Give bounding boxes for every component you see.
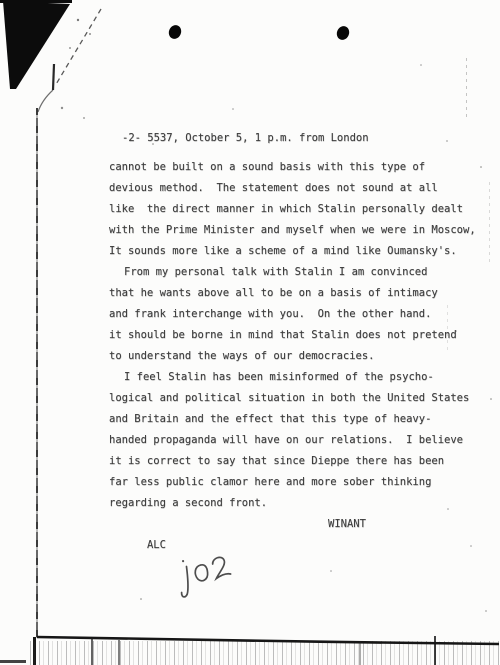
scanned-document-page: -2- 5537, October 5, 1 p.m. from London …	[0, 0, 500, 665]
scan-speckle	[446, 140, 448, 142]
document-body: cannot be built on a sound basis with th…	[109, 157, 476, 535]
page-header-line: -2- 5537, October 5, 1 p.m. from London	[122, 128, 369, 149]
body-line: It sounds more like a scheme of a mind l…	[109, 241, 476, 262]
body-line: handed propaganda will have on our relat…	[109, 430, 476, 451]
body-line: like the direct manner in which Stalin p…	[109, 199, 476, 220]
scan-speckle	[330, 570, 332, 572]
scan-streak	[489, 182, 490, 262]
body-line: to understand the ways of our democracie…	[109, 346, 476, 367]
handwritten-note	[174, 548, 246, 600]
binder-hole-mark	[167, 23, 184, 41]
scan-speckle	[152, 143, 154, 145]
body-line: far less public clamor here and more sob…	[109, 472, 476, 493]
scan-streak	[466, 58, 467, 120]
body-line: and frank interchange with you. On the o…	[109, 304, 476, 325]
scan-speckle	[455, 330, 457, 332]
body-line: with the Prime Minister and myself when …	[109, 220, 476, 241]
body-line: cannot be built on a sound basis with th…	[109, 157, 476, 178]
sender-initials: ALC	[147, 539, 166, 551]
scan-speckle	[470, 545, 472, 547]
body-line: it is correct to say that since Dieppe t…	[109, 451, 476, 472]
body-line: I feel Stalin has been misinformed of th…	[109, 367, 476, 388]
body-line: regarding a second front.	[109, 493, 476, 514]
binder-hole-mark	[335, 24, 352, 42]
body-line: logical and political situation in both …	[109, 388, 476, 409]
scan-speckle	[485, 610, 487, 612]
scan-speckle	[480, 166, 482, 168]
bottom-left-edge-mark	[0, 660, 26, 663]
page-fold-line	[36, 108, 38, 638]
scan-speckle	[232, 108, 234, 110]
page-bottom-edge	[0, 632, 500, 665]
scan-speckle	[447, 508, 449, 510]
signature-row: ALC WINANT	[109, 514, 476, 535]
scan-speckle	[140, 598, 142, 600]
signature-name: WINANT	[328, 514, 366, 535]
scan-streak	[447, 305, 448, 353]
scan-speckle	[490, 398, 492, 400]
body-line: it should be borne in mind that Stalin d…	[109, 325, 476, 346]
corner-fold-mark	[0, 0, 130, 130]
body-line: that he wants above all to be on a basis…	[109, 283, 476, 304]
body-line: From my personal talk with Stalin I am c…	[109, 262, 476, 283]
body-line: devious method. The statement does not s…	[109, 178, 476, 199]
body-line: and Britain and the effect that this typ…	[109, 409, 476, 430]
scan-speckle	[420, 64, 422, 66]
